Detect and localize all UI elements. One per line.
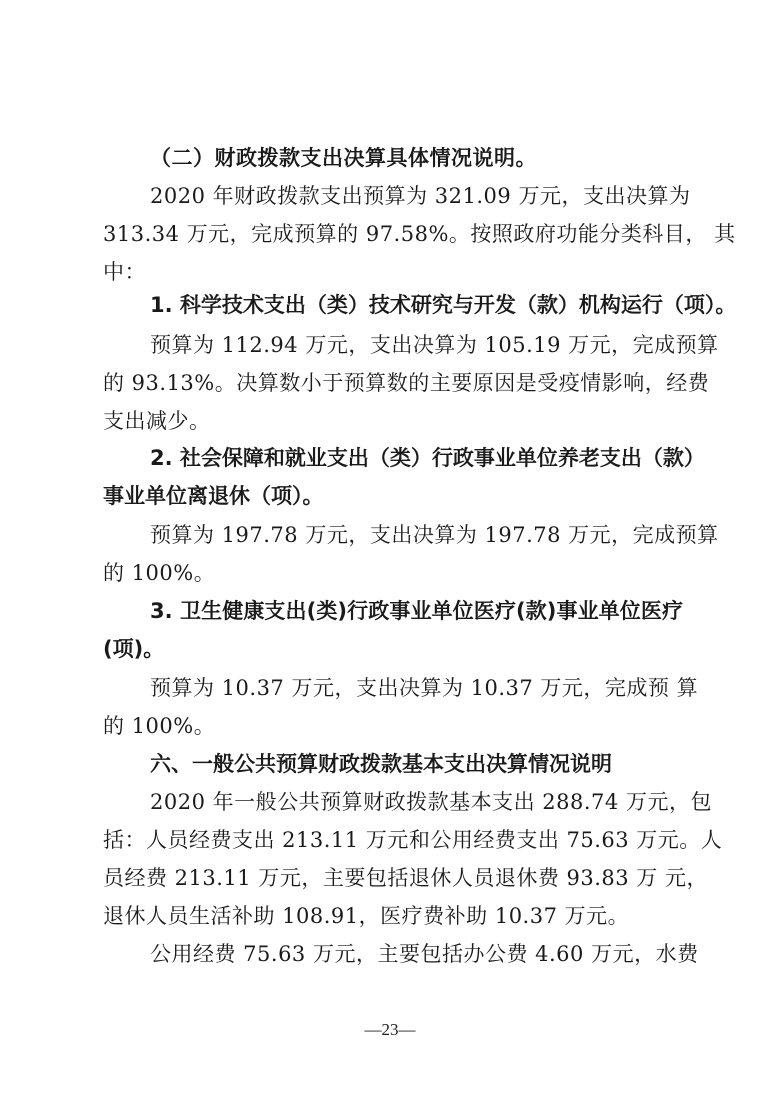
document-page: （二）财政拨款支出决算具体情况说明。 2020 年财政拨款支出预算为 321.0…: [0, 0, 780, 1103]
paragraph-line: 的 100%。: [103, 711, 683, 741]
paragraph-line: 退休人员生活补助 108.91，医疗费补助 10.37 万元。: [103, 901, 683, 931]
section-heading: （二）财政拨款支出决算具体情况说明。: [150, 143, 683, 173]
paragraph-line: 公用经费 75.63 万元，主要包括办公费 4.60 万元，水费: [150, 939, 683, 969]
page-number: —23—: [340, 1020, 440, 1040]
paragraph-line: 2020 年财政拨款支出预算为 321.09 万元，支出决算为: [150, 181, 683, 211]
paragraph-line: 括：人员经费支出 213.11 万元和公用经费支出 75.63 万元。人: [103, 825, 683, 855]
item-title: 2. 社会保障和就业支出（类）行政事业单位养老支出（款）: [150, 443, 683, 473]
section-heading: 六、一般公共预算财政拨款基本支出决算情况说明: [150, 749, 683, 779]
paragraph-line: 的 100%。: [103, 558, 683, 588]
paragraph-line: 的 93.13%。决算数小于预算数的主要原因是受疫情影响，经费: [103, 368, 683, 398]
item-title: (项)。: [103, 634, 683, 664]
paragraph-line: 预算为 112.94 万元，支出决算为 105.19 万元，完成预算: [150, 330, 683, 360]
paragraph-line: 预算为 10.37 万元，支出决算为 10.37 万元，完成预 算: [150, 673, 683, 703]
paragraph-line: 2020 年一般公共预算财政拨款基本支出 288.74 万元，包: [150, 787, 683, 817]
item-title: 3. 卫生健康支出(类)行政事业单位医疗(款)事业单位医疗: [150, 596, 683, 626]
paragraph-line: 中：: [103, 257, 683, 287]
paragraph-line: 313.34 万元，完成预算的 97.58%。按照政府功能分类科目， 其: [103, 219, 683, 249]
item-title: 事业单位离退休（项）。: [103, 481, 683, 511]
item-title: 1. 科学技术支出（类）技术研究与开发（款）机构运行（项）。: [150, 290, 683, 320]
paragraph-line: 员经费 213.11 万元，主要包括退休人员退休费 93.83 万 元，: [103, 863, 683, 893]
paragraph-line: 预算为 197.78 万元，支出决算为 197.78 万元，完成预算: [150, 520, 683, 550]
paragraph-line: 支出减少。: [103, 406, 683, 436]
